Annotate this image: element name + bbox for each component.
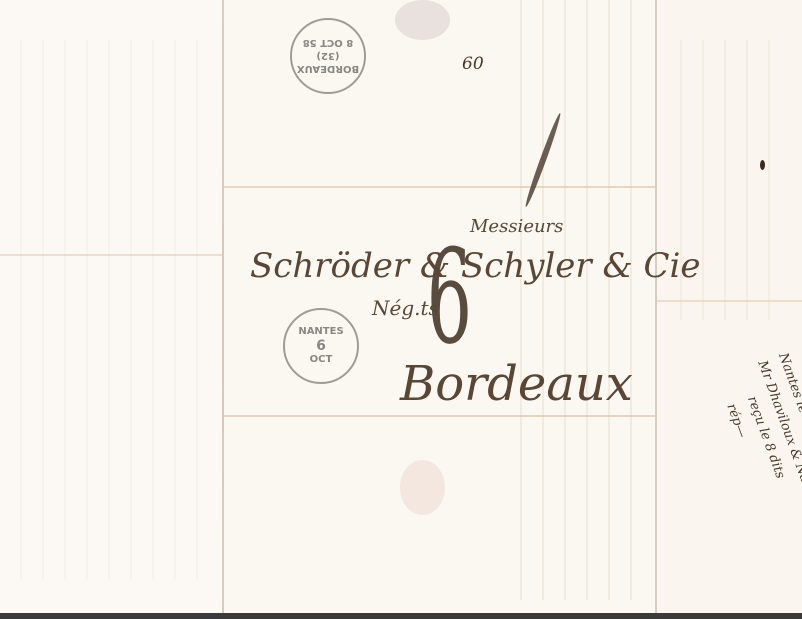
seal-impression — [400, 460, 445, 515]
profession-note: Nég.ts — [372, 296, 439, 320]
bleed-through-text — [520, 0, 650, 600]
fold-line — [655, 0, 657, 613]
postmark-month: OCT — [298, 353, 343, 367]
fold-line — [0, 254, 222, 256]
scan-edge — [0, 613, 802, 619]
postmark-town: NANTES — [298, 325, 343, 339]
postmark-day: 6 — [298, 339, 343, 353]
postmark-date: 8 OCT 58 — [292, 37, 364, 50]
salutation: Messieurs — [470, 216, 563, 237]
bleed-through-text — [20, 40, 210, 580]
fold-line — [224, 415, 656, 417]
destination-city: Bordeaux — [400, 356, 633, 412]
letter-sheet: BORDEAUX (32) 8 OCT 58 NANTES 6 OCT 60 6… — [0, 0, 802, 619]
nantes-departure-postmark: NANTES 6 OCT — [283, 308, 359, 384]
addressee-name: Schröder & Schyler & Cie — [250, 246, 701, 286]
rate-notation: 60 — [462, 54, 484, 74]
ink-blot — [760, 160, 765, 170]
fold-line — [656, 300, 802, 302]
wax-seal-remnant — [395, 0, 450, 40]
postmark-text: BORDEAUX (32) — [292, 50, 364, 76]
bordeaux-arrival-postmark: BORDEAUX (32) 8 OCT 58 — [290, 18, 366, 94]
fold-line — [222, 0, 224, 613]
fold-line — [224, 186, 656, 188]
